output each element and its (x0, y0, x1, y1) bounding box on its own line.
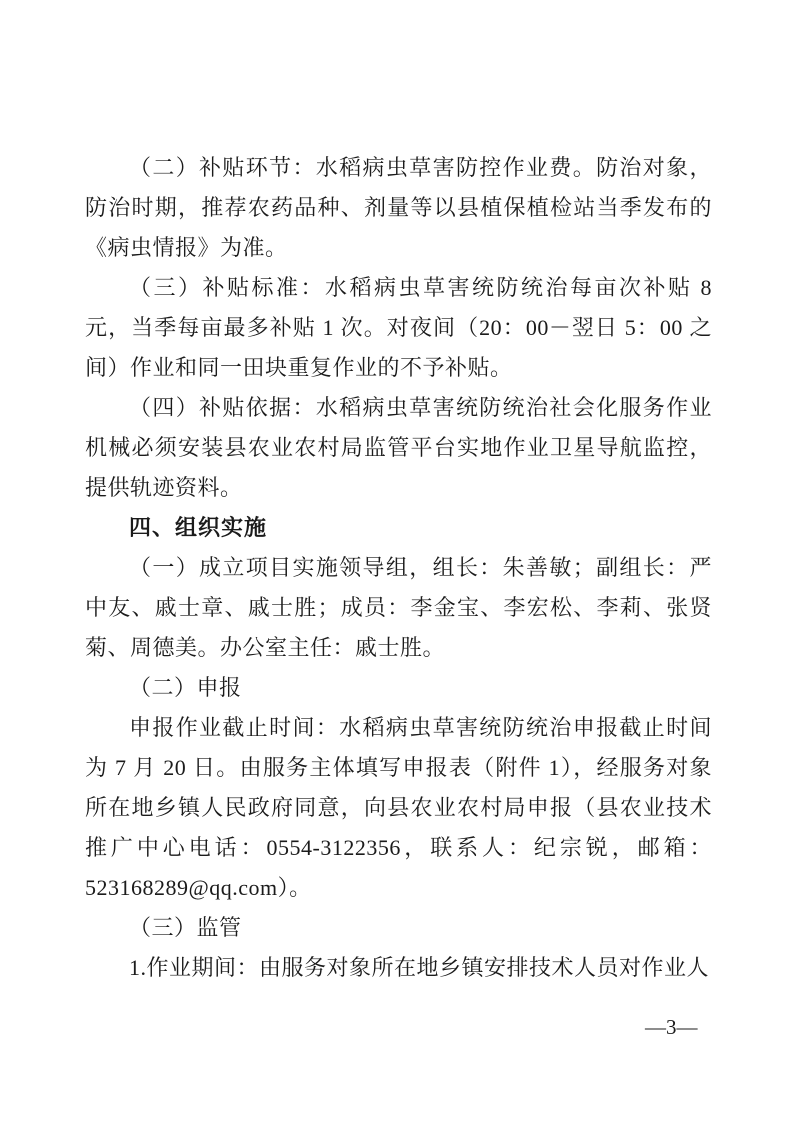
document-body: （二）补贴环节：水稻病虫草害防控作业费。防治对象，防治时期，推荐农药品种、剂量等… (85, 148, 712, 988)
section-heading: 四、组织实施 (85, 508, 712, 548)
paragraph: （三）监管 (85, 908, 712, 948)
paragraph: （四）补贴依据：水稻病虫草害统防统治社会化服务作业机械必须安装县农业农村局监管平… (85, 388, 712, 508)
paragraph: （一）成立项目实施领导组，组长：朱善敏；副组长：严中友、戚士章、戚士胜；成员：李… (85, 548, 712, 668)
document-page: （二）补贴环节：水稻病虫草害防控作业费。防治对象，防治时期，推荐农药品种、剂量等… (0, 0, 793, 1122)
paragraph: （二）申报 (85, 668, 712, 708)
paragraph: （二）补贴环节：水稻病虫草害防控作业费。防治对象，防治时期，推荐农药品种、剂量等… (85, 148, 712, 268)
paragraph: 申报作业截止时间：水稻病虫草害统防统治申报截止时间为 7 月 20 日。由服务主… (85, 708, 712, 908)
paragraph: （三）补贴标准：水稻病虫草害统防统治每亩次补贴 8 元，当季每亩最多补贴 1 次… (85, 268, 712, 388)
paragraph: 1.作业期间：由服务对象所在地乡镇安排技术人员对作业人 (85, 948, 712, 988)
page-number: —3— (645, 1012, 698, 1042)
